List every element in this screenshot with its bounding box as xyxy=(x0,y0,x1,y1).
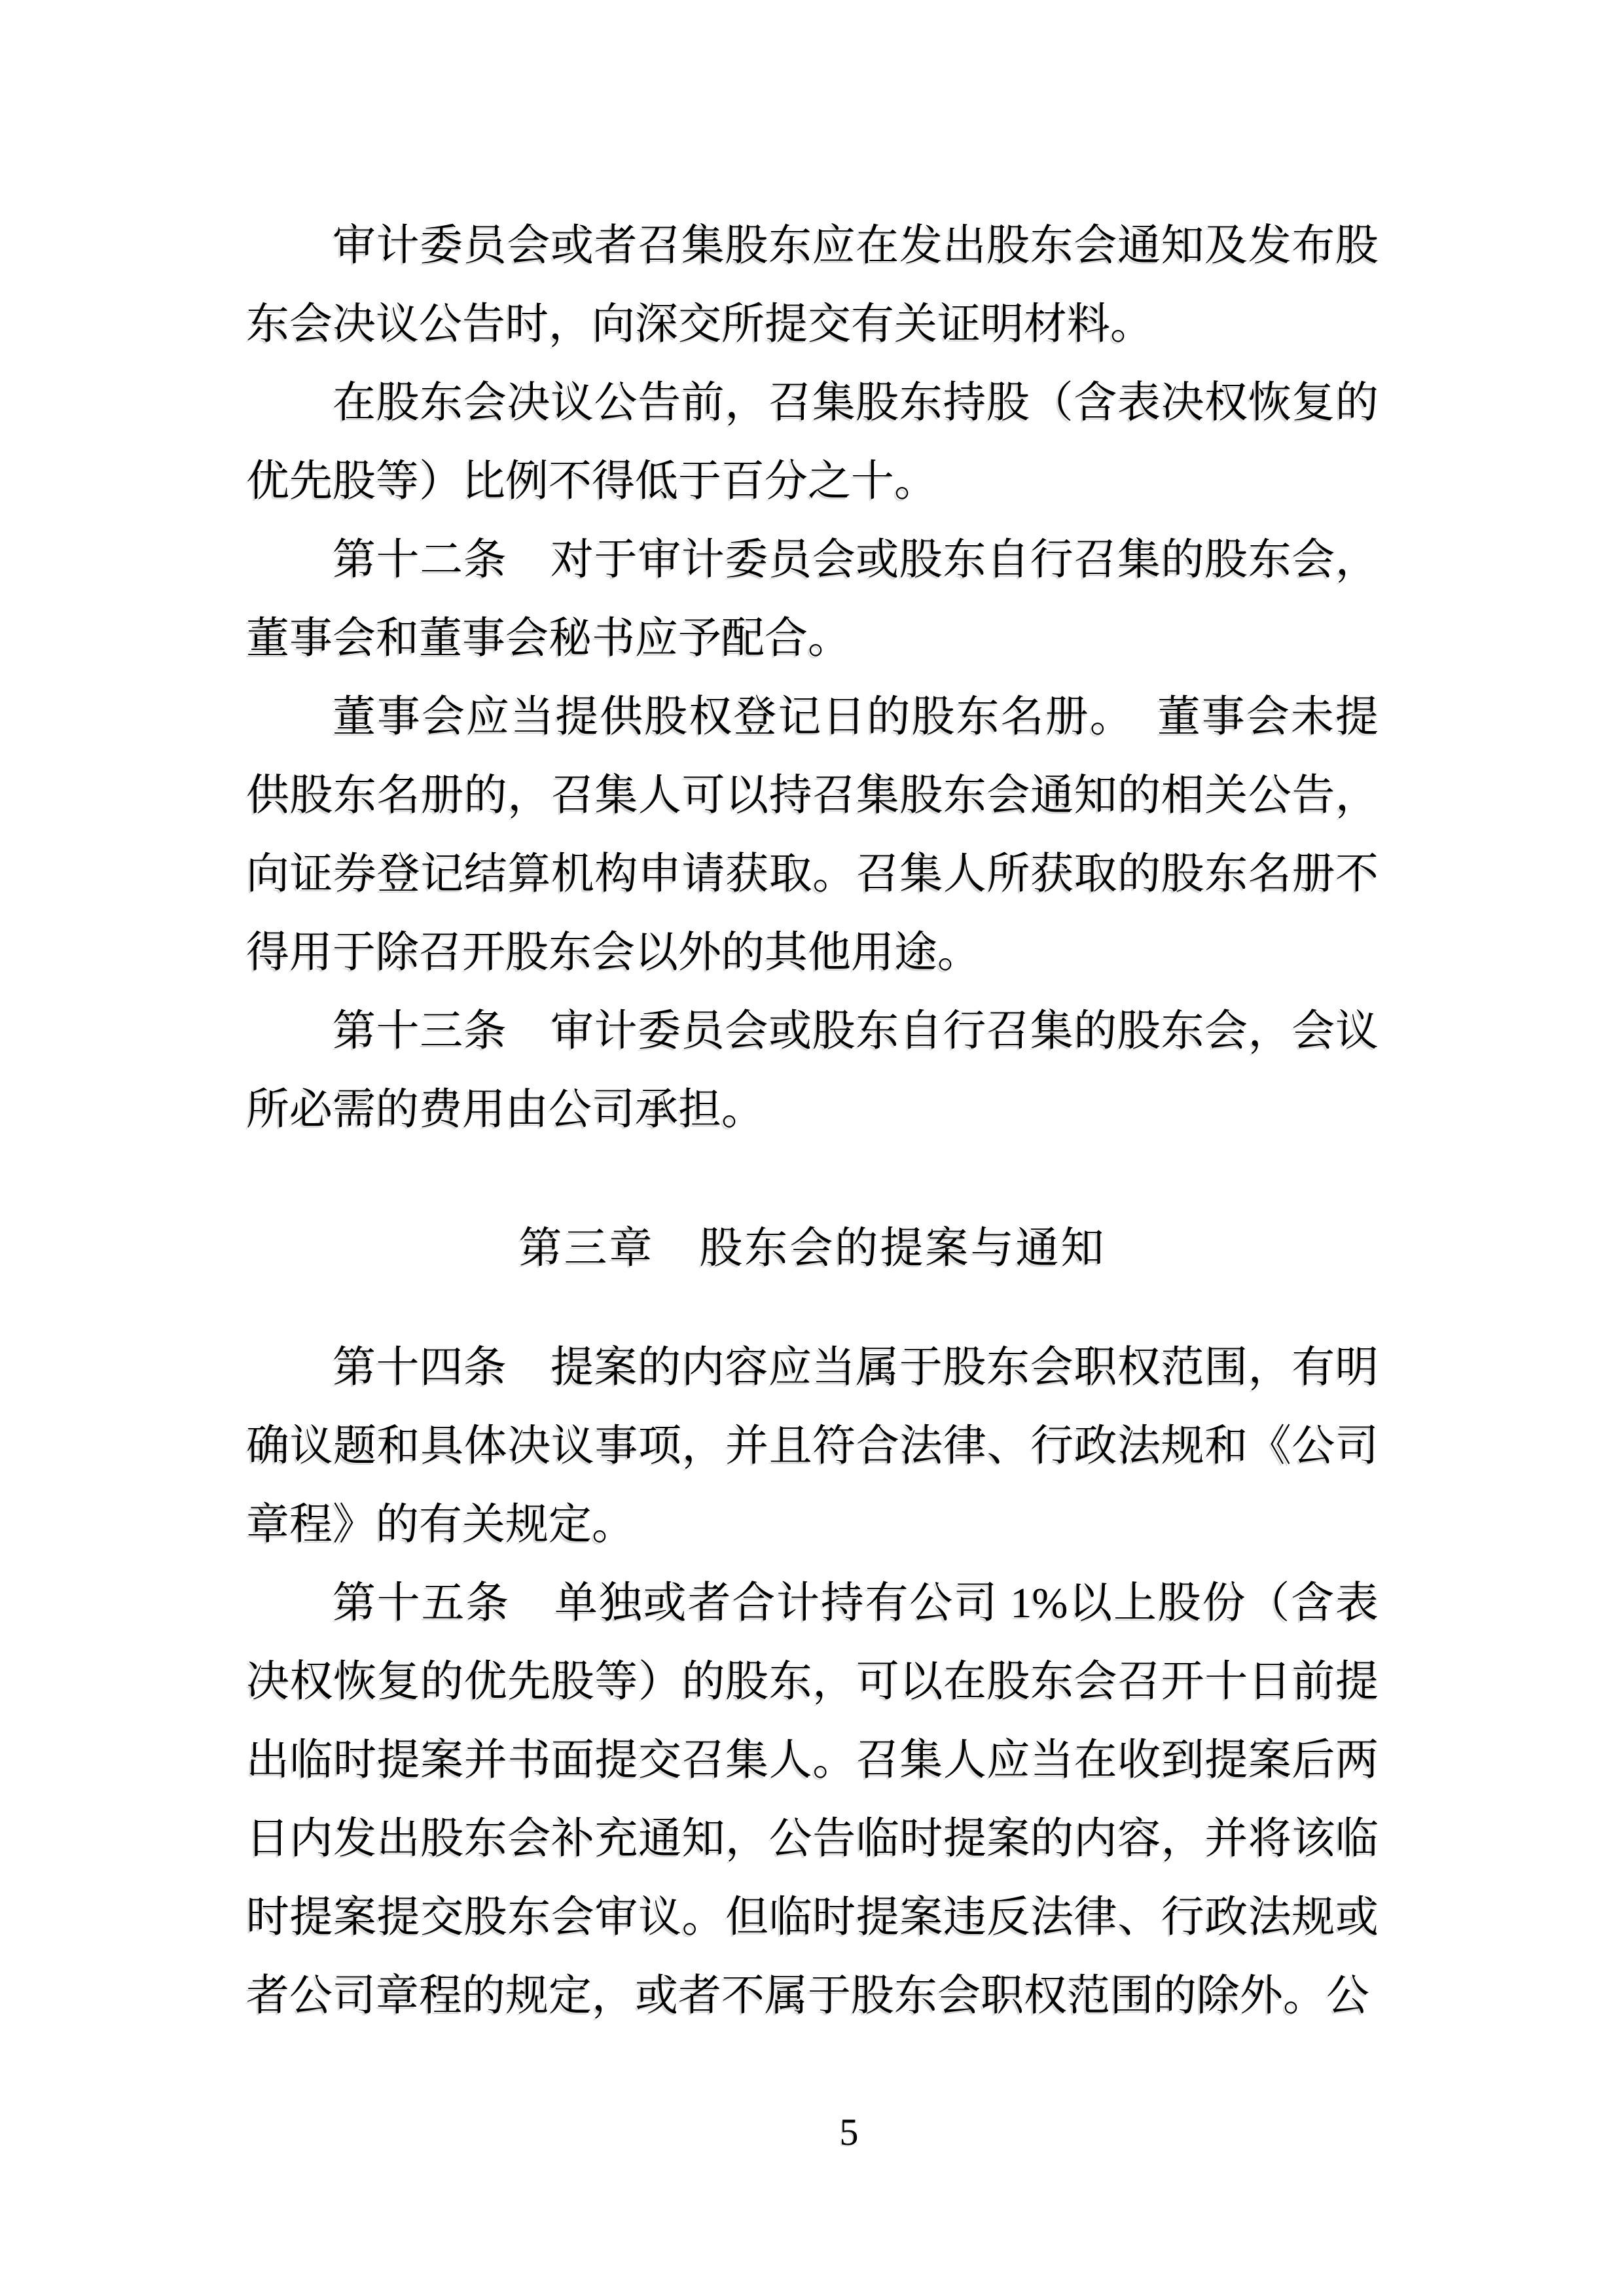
paragraph-article-15: 第十五条 单独或者合计持有公司 1%以上股份（含表决权恢复的优先股等）的股东，可… xyxy=(246,1564,1379,2036)
paragraph-convening-shareholding-ratio: 在股东会决议公告前，召集股东持股（含表决权恢复的优先股等）比例不得低于百分之十。 xyxy=(246,364,1379,521)
chapter-heading: 第三章 股东会的提案与通知 xyxy=(246,1210,1379,1288)
paragraph-article-12: 第十二条 对于审计委员会或股东自行召集的股东会，董事会和董事会秘书应予配合。 xyxy=(246,521,1379,678)
paragraph-audit-committee-materials: 审计委员会或者召集股东应在发出股东会通知及发布股东会决议公告时，向深交所提交有关… xyxy=(246,207,1379,364)
paragraph-article-13: 第十三条 审计委员会或股东自行召集的股东会，会议所必需的费用由公司承担。 xyxy=(246,992,1379,1149)
paragraph-shareholder-register: 董事会应当提供股权登记日的股东名册。 董事会未提供股东名册的，召集人可以持召集股… xyxy=(246,678,1379,992)
paragraph-article-14: 第十四条 提案的内容应当属于股东会职权范围，有明确议题和具体决议事项，并且符合法… xyxy=(246,1329,1379,1564)
page-number: 5 xyxy=(840,2113,859,2152)
document-page: 审计委员会或者召集股东应在发出股东会通知及发布股东会决议公告时，向深交所提交有关… xyxy=(0,0,1624,2296)
document-text-block: 审计委员会或者召集股东应在发出股东会通知及发布股东会决议公告时，向深交所提交有关… xyxy=(246,207,1379,2036)
